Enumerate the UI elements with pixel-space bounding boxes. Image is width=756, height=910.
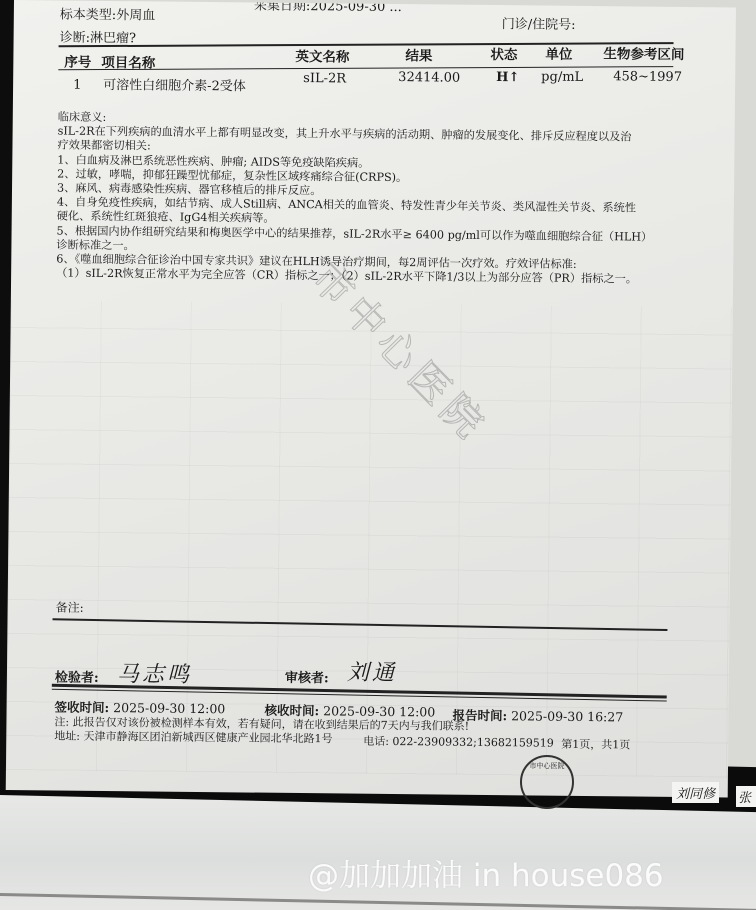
page-indicator: 第1页，共1页 [561, 736, 630, 753]
bottom-signature-strip: 刘同修 [672, 782, 719, 803]
col-header-unit: 单位 [545, 43, 572, 63]
row-status-flag: H↑ [496, 70, 519, 85]
col-header-english: 英文名称 [295, 45, 349, 66]
row-no: 1 [73, 78, 81, 93]
specimen-type-label: 标本类型: [60, 7, 117, 23]
col-header-no: 序号 [64, 51, 91, 71]
patient-number: 门诊/住院号: [502, 13, 576, 33]
col-header-reference: 生物参考区间 [603, 42, 684, 63]
collection-date-value: 2025-09-30 ... [310, 0, 402, 15]
row-result: 32414.00 [398, 70, 460, 86]
diagnosis: 诊断:淋巴瘤? [60, 26, 137, 46]
report-time: 报告时间: 2025-09-30 16:27 [452, 706, 623, 726]
collection-date-label: 采集日期: [254, 0, 311, 14]
hospital-address: 地址: 天津市静海区团泊新城西区健康产业园北华北路1号 [54, 727, 332, 746]
reviewer-signature: 刘通 [347, 656, 397, 688]
tester-signature: 马志鸣 [117, 657, 192, 689]
collection-date: 采集日期:2025-09-30 ... [254, 0, 402, 15]
specimen-type-value: 外周血 [116, 8, 155, 23]
row-unit: pg/mL [541, 70, 583, 85]
user-watermark: @加加加油 in house086 [308, 850, 664, 895]
col-header-result: 结果 [405, 44, 432, 64]
patient-number-label: 门诊/住院号: [502, 17, 576, 33]
table-top-rule [59, 42, 674, 47]
row-english-name: sIL-2R [303, 71, 346, 86]
stamp-text: 市中心医院 [530, 762, 565, 770]
row-item-name: 可溶性白细胞介素-2受体 [103, 74, 246, 94]
clinical-significance: 临床意义: sIL-2R在下列疾病的血清水平上都有明显改变，其上升水平与疾病的活… [56, 110, 698, 287]
col-header-status: 状态 [490, 43, 517, 63]
hospital-phone: 电话: 022-23909332;13682159519 [363, 733, 554, 751]
notes-label: 备注: [56, 598, 84, 615]
report-time-value: 2025-09-30 16:27 [511, 708, 623, 724]
bottom-signature-strip-2: 张 [736, 786, 756, 807]
reviewer-label: 审核者: [285, 667, 329, 686]
specimen-type: 标本类型:外周血 [60, 3, 156, 23]
diagnosis-label: 诊断: [60, 30, 91, 45]
row-reference-range: 458~1997 [613, 69, 682, 85]
hospital-stamp: 市中心医院 [520, 755, 574, 809]
lab-report-sheet: 标本类型:外周血 采集日期:2025-09-30 ... 门诊/住院号: 诊断:… [6, 0, 736, 798]
